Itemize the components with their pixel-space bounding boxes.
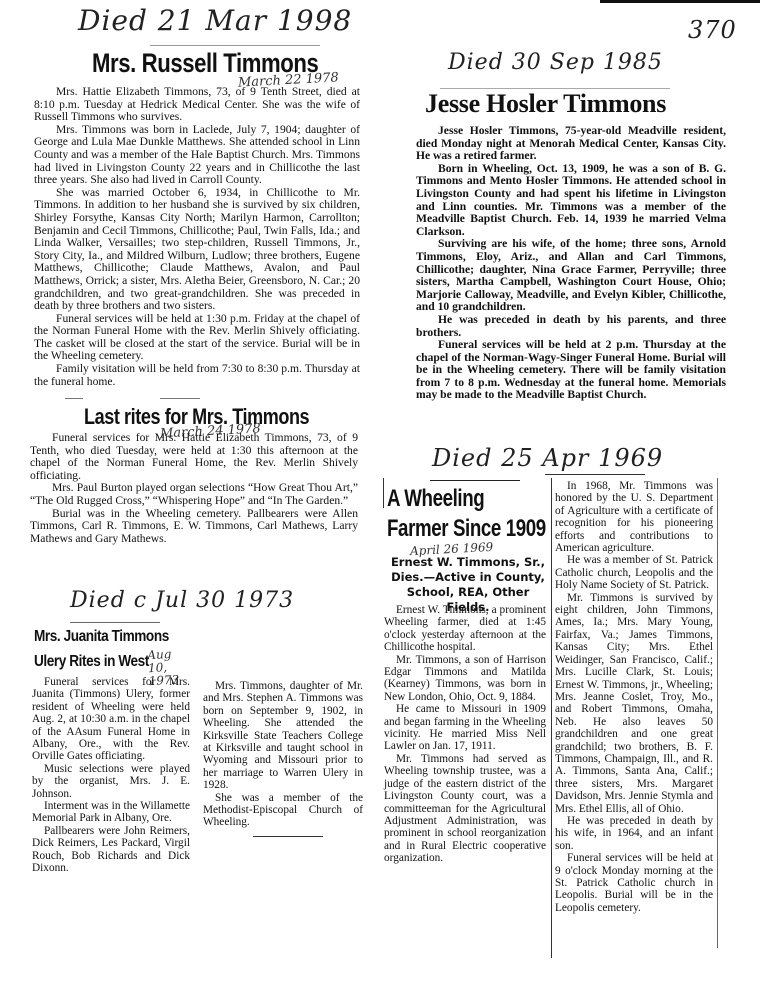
obituary-body-right: In 1968, Mr. Timmons was honored by the … xyxy=(555,480,713,914)
paragraph: Funeral services for Mrs. Hattie Elizabe… xyxy=(30,432,358,482)
paragraph: Music selections were played by the orga… xyxy=(32,763,190,800)
paragraph: Mr. Timmons, a son of Harrison Edgar Tim… xyxy=(384,654,546,704)
paragraph: She was a member of the Methodist-Episco… xyxy=(203,792,363,829)
divider xyxy=(70,622,160,623)
paragraph: Funeral services will be held at 1:30 p.… xyxy=(34,313,360,363)
paragraph: He was preceded in death by his wife, in… xyxy=(555,815,713,852)
paragraph: Funeral services will be held at 2 p.m. … xyxy=(416,339,726,402)
column-rule xyxy=(717,478,718,948)
paragraph: He came to Missouri in 1909 and began fa… xyxy=(384,703,546,753)
frame-line xyxy=(383,478,384,508)
paragraph: Mrs. Timmons, daughter of Mr. and Mrs. S… xyxy=(203,680,363,792)
paragraph: He was a member of St. Patrick Catholic … xyxy=(555,554,713,591)
paragraph: Interment was in the Willamette Memorial… xyxy=(32,800,190,825)
headline-line: A Wheeling xyxy=(387,484,546,514)
paragraph: Ernest W. Timmons, a prominent Wheeling … xyxy=(384,604,546,654)
divider xyxy=(150,45,320,46)
end-rule xyxy=(253,836,323,837)
divider xyxy=(545,474,645,475)
paragraph: Funeral services will be held at 9 o'clo… xyxy=(555,852,713,914)
paragraph: Born in Wheeling, Oct. 13, 1909, he was … xyxy=(416,163,726,239)
divider xyxy=(65,398,83,399)
divider xyxy=(430,480,520,481)
paragraph: Surviving are his wife, of the home; thr… xyxy=(416,238,726,314)
paragraph: Burial was in the Wheeling cemetery. Pal… xyxy=(30,508,358,546)
paragraph: Mr. Timmons had served as Wheeling towns… xyxy=(384,753,546,865)
headline-line: Mrs. Juanita Timmons xyxy=(34,624,169,649)
paragraph: Jesse Hosler Timmons, 75-year-old Meadvi… xyxy=(416,125,726,163)
paragraph: Mrs. Hattie Elizabeth Timmons, 73, of 9 … xyxy=(34,86,360,124)
obituary-body: Jesse Hosler Timmons, 75-year-old Meadvi… xyxy=(416,125,726,402)
obituary-body-left: Ernest W. Timmons, a prominent Wheeling … xyxy=(384,604,546,865)
obituary-body: Funeral services for Mrs. Hattie Elizabe… xyxy=(30,432,358,545)
paragraph: Funeral services for Mrs. Juanita (Timmo… xyxy=(32,676,190,763)
paragraph: Mr. Timmons is survived by eight childre… xyxy=(555,592,713,815)
headline-line: Farmer Since 1909 xyxy=(387,514,546,544)
handwritten-death-date: Died c Jul 30 1973 xyxy=(70,588,294,613)
column-rule xyxy=(551,478,552,958)
obituary-body-right: Mrs. Timmons, daughter of Mr. and Mrs. S… xyxy=(203,680,363,829)
obituary-headline: A Wheeling Farmer Since 1909 xyxy=(387,484,546,544)
paragraph: Family visitation will be held from 7:30… xyxy=(34,363,360,388)
handwritten-death-date: Died 30 Sep 1985 xyxy=(448,50,663,75)
handwritten-death-date: Died 21 Mar 1998 xyxy=(78,4,352,37)
paragraph: In 1968, Mr. Timmons was honored by the … xyxy=(555,480,713,554)
divider xyxy=(160,398,200,399)
paragraph: Mrs. Timmons was born in Laclede, July 7… xyxy=(34,124,360,187)
handwritten-death-date: Died 25 Apr 1969 xyxy=(432,444,663,472)
obituary-body: Mrs. Hattie Elizabeth Timmons, 73, of 9 … xyxy=(34,86,360,388)
paragraph: Pallbearers were John Reimers, Dick Reim… xyxy=(32,825,190,875)
obituary-body-left: Funeral services for Mrs. Juanita (Timmo… xyxy=(32,676,190,875)
obituary-headline: Jesse Hosler Timmons xyxy=(425,89,666,119)
paragraph: She was married October 6, 1934, in Chil… xyxy=(34,187,360,313)
scan-edge xyxy=(600,0,760,3)
paragraph: He was preceded in death by his parents,… xyxy=(416,314,726,339)
page-number-annotation: 370 xyxy=(688,16,737,44)
paragraph: Mrs. Paul Burton played organ selections… xyxy=(30,482,358,507)
